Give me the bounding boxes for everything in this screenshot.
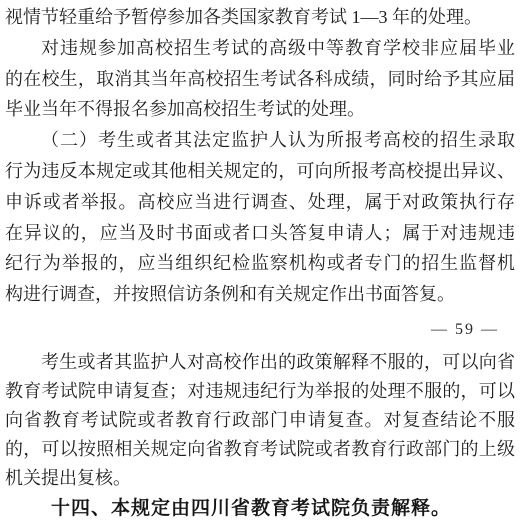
text-line: 视情节轻重给予暂停参加各类国家教育考试 1—3 年的处理。 (5, 2, 515, 33)
section-heading: 十四、本规定由四川省教育考试院负责解释。 (5, 498, 515, 519)
text-line: 向省教育考试院或者教育行政部门申请复查。对复查结论不服 (5, 406, 515, 435)
text-line: 考生或者其监护人对高校作出的政策解释不服的，可以向省 (5, 348, 515, 377)
text-line: （二）考生或者其法定监护人认为所报考高校的招生录取 (5, 125, 515, 156)
text-line: 在异议的，应当及时书面或者口头答复申请人；属于对违规违 (5, 218, 515, 249)
text-line: 的，可以按照相关规定向省教育考试院或者教育行政部门的上级 (5, 435, 515, 464)
text-line: 对违规参加高校招生考试的高级中等教育学校非应届毕业 (5, 33, 515, 64)
text-line: 构进行调查，并按照信访条例和有关规定作出书面答复。 (5, 279, 515, 310)
document-page: 视情节轻重给予暂停参加各类国家教育考试 1—3 年的处理。 对违规参加高校招生考… (0, 0, 520, 519)
page-60-text-block: 考生或者其监护人对高校作出的政策解释不服的，可以向省 教育考试院申请复查；对违规… (5, 348, 515, 519)
page-number: — 59 — (5, 320, 515, 340)
page-59-text-block: 视情节轻重给予暂停参加各类国家教育考试 1—3 年的处理。 对违规参加高校招生考… (5, 2, 515, 310)
text-line: 的在校生，取消其当年高校招生考试各科成绩，同时给予其应届 (5, 64, 515, 95)
text-line: 毕业当年不得报名参加高校招生考试的处理。 (5, 94, 515, 125)
text-line: 申诉或者举报。高校应当进行调查、处理，属于对政策执行存 (5, 187, 515, 218)
text-line: 机关提出复核。 (5, 464, 515, 493)
text-line: 行为违反本规定或其他相关规定的，可向所报考高校提出异议、 (5, 156, 515, 187)
text-line: 教育考试院申请复查；对违规违纪行为举报的处理不服的，可以 (5, 377, 515, 406)
text-line: 纪行为举报的，应当组织纪检监察机构或者专门的招生监督机 (5, 248, 515, 279)
